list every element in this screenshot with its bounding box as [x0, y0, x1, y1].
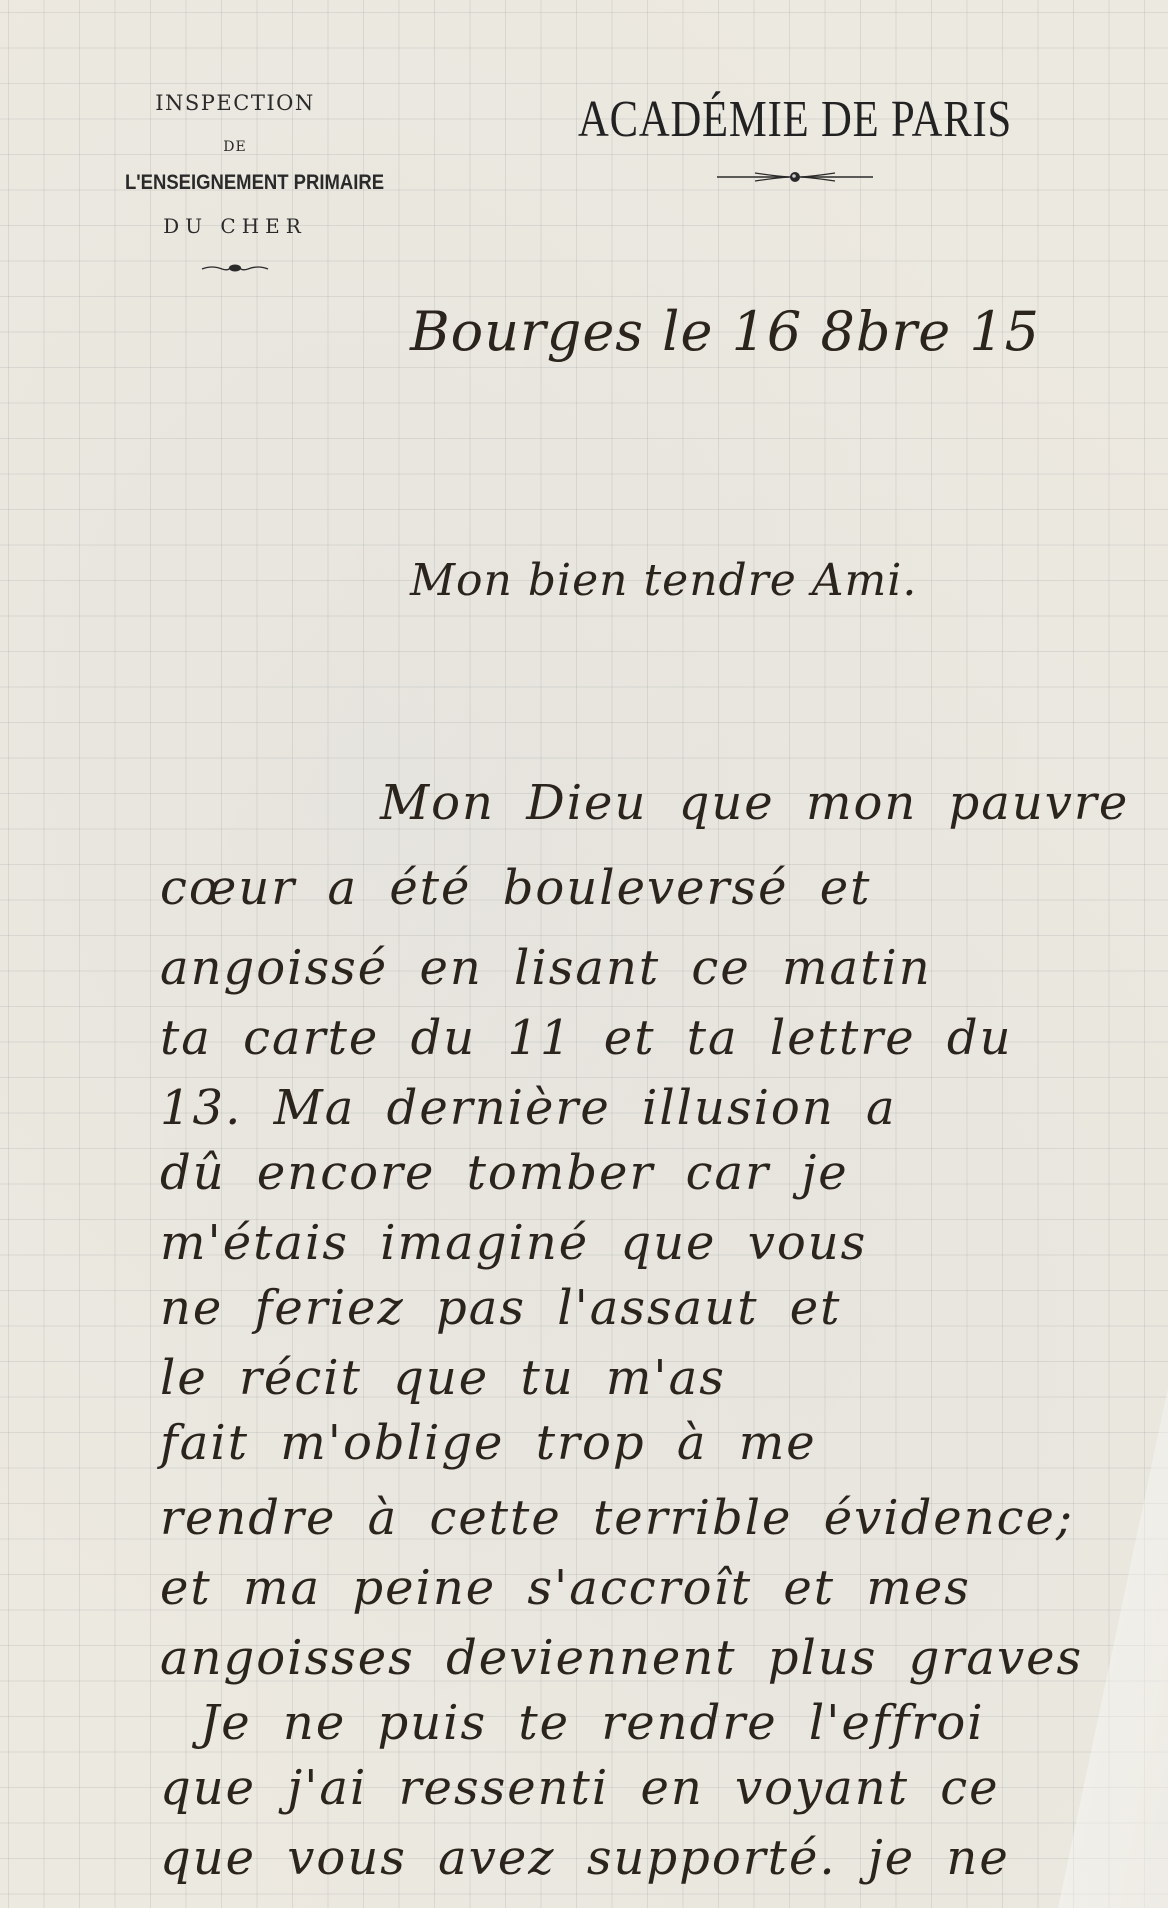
divider-ornament-icon [715, 170, 875, 184]
letterhead-inspection-block: INSPECTION DE L'ENSEIGNEMENT PRIMAIRE DU… [110, 90, 360, 270]
letterhead-enseignement-primaire: L'ENSEIGNEMENT PRIMAIRE [125, 170, 345, 196]
letter-body-line: Mon Dieu que mon pauvre [380, 775, 1129, 831]
letter-body-line: fait m'oblige trop à me [160, 1415, 817, 1471]
letter-body-line: Je ne puis te rendre l'effroi [200, 1695, 985, 1751]
letter-body-line: que vous avez supporté. je ne [160, 1830, 1010, 1886]
letter-body-line: angoisses deviennent plus graves [160, 1630, 1083, 1686]
letter-page: INSPECTION DE L'ENSEIGNEMENT PRIMAIRE DU… [0, 0, 1168, 1908]
letterhead-academie-block: ACADÉMIE DE PARIS [500, 90, 1090, 184]
letter-body-line: angoissé en lisant ce matin [160, 940, 932, 996]
letterhead-inspection: INSPECTION [110, 90, 360, 116]
letter-date: Bourges le 16 8bre 15 [410, 300, 1040, 363]
letter-body-line: cœur a été bouleversé et [160, 860, 871, 916]
letter-body-line: dû encore tomber car je [160, 1145, 849, 1201]
letter-body-line: ta carte du 11 et ta lettre du [160, 1010, 1013, 1066]
letter-body-line: 13. Ma dernière illusion a [160, 1080, 897, 1136]
letterhead-du-cher: DU CHER [110, 214, 360, 238]
letter-body-line: m'étais imaginé que vous [160, 1215, 867, 1271]
letter-body-line: ne feriez pas l'assaut et [160, 1280, 841, 1336]
flourish-ornament-icon [200, 260, 270, 270]
letter-body-line: que j'ai ressenti en voyant ce [160, 1760, 1000, 1816]
letter-body-line: et ma peine s'accroît et mes [160, 1560, 971, 1616]
letter-body-line: le récit que tu m'as [160, 1350, 726, 1406]
letter-salutation: Mon bien tendre Ami. [410, 555, 917, 606]
letterhead-de: DE [110, 138, 360, 156]
letter-body-line: rendre à cette terrible évidence; [160, 1490, 1074, 1546]
letterhead-academie-title: ACADÉMIE DE PARIS [553, 90, 1037, 150]
